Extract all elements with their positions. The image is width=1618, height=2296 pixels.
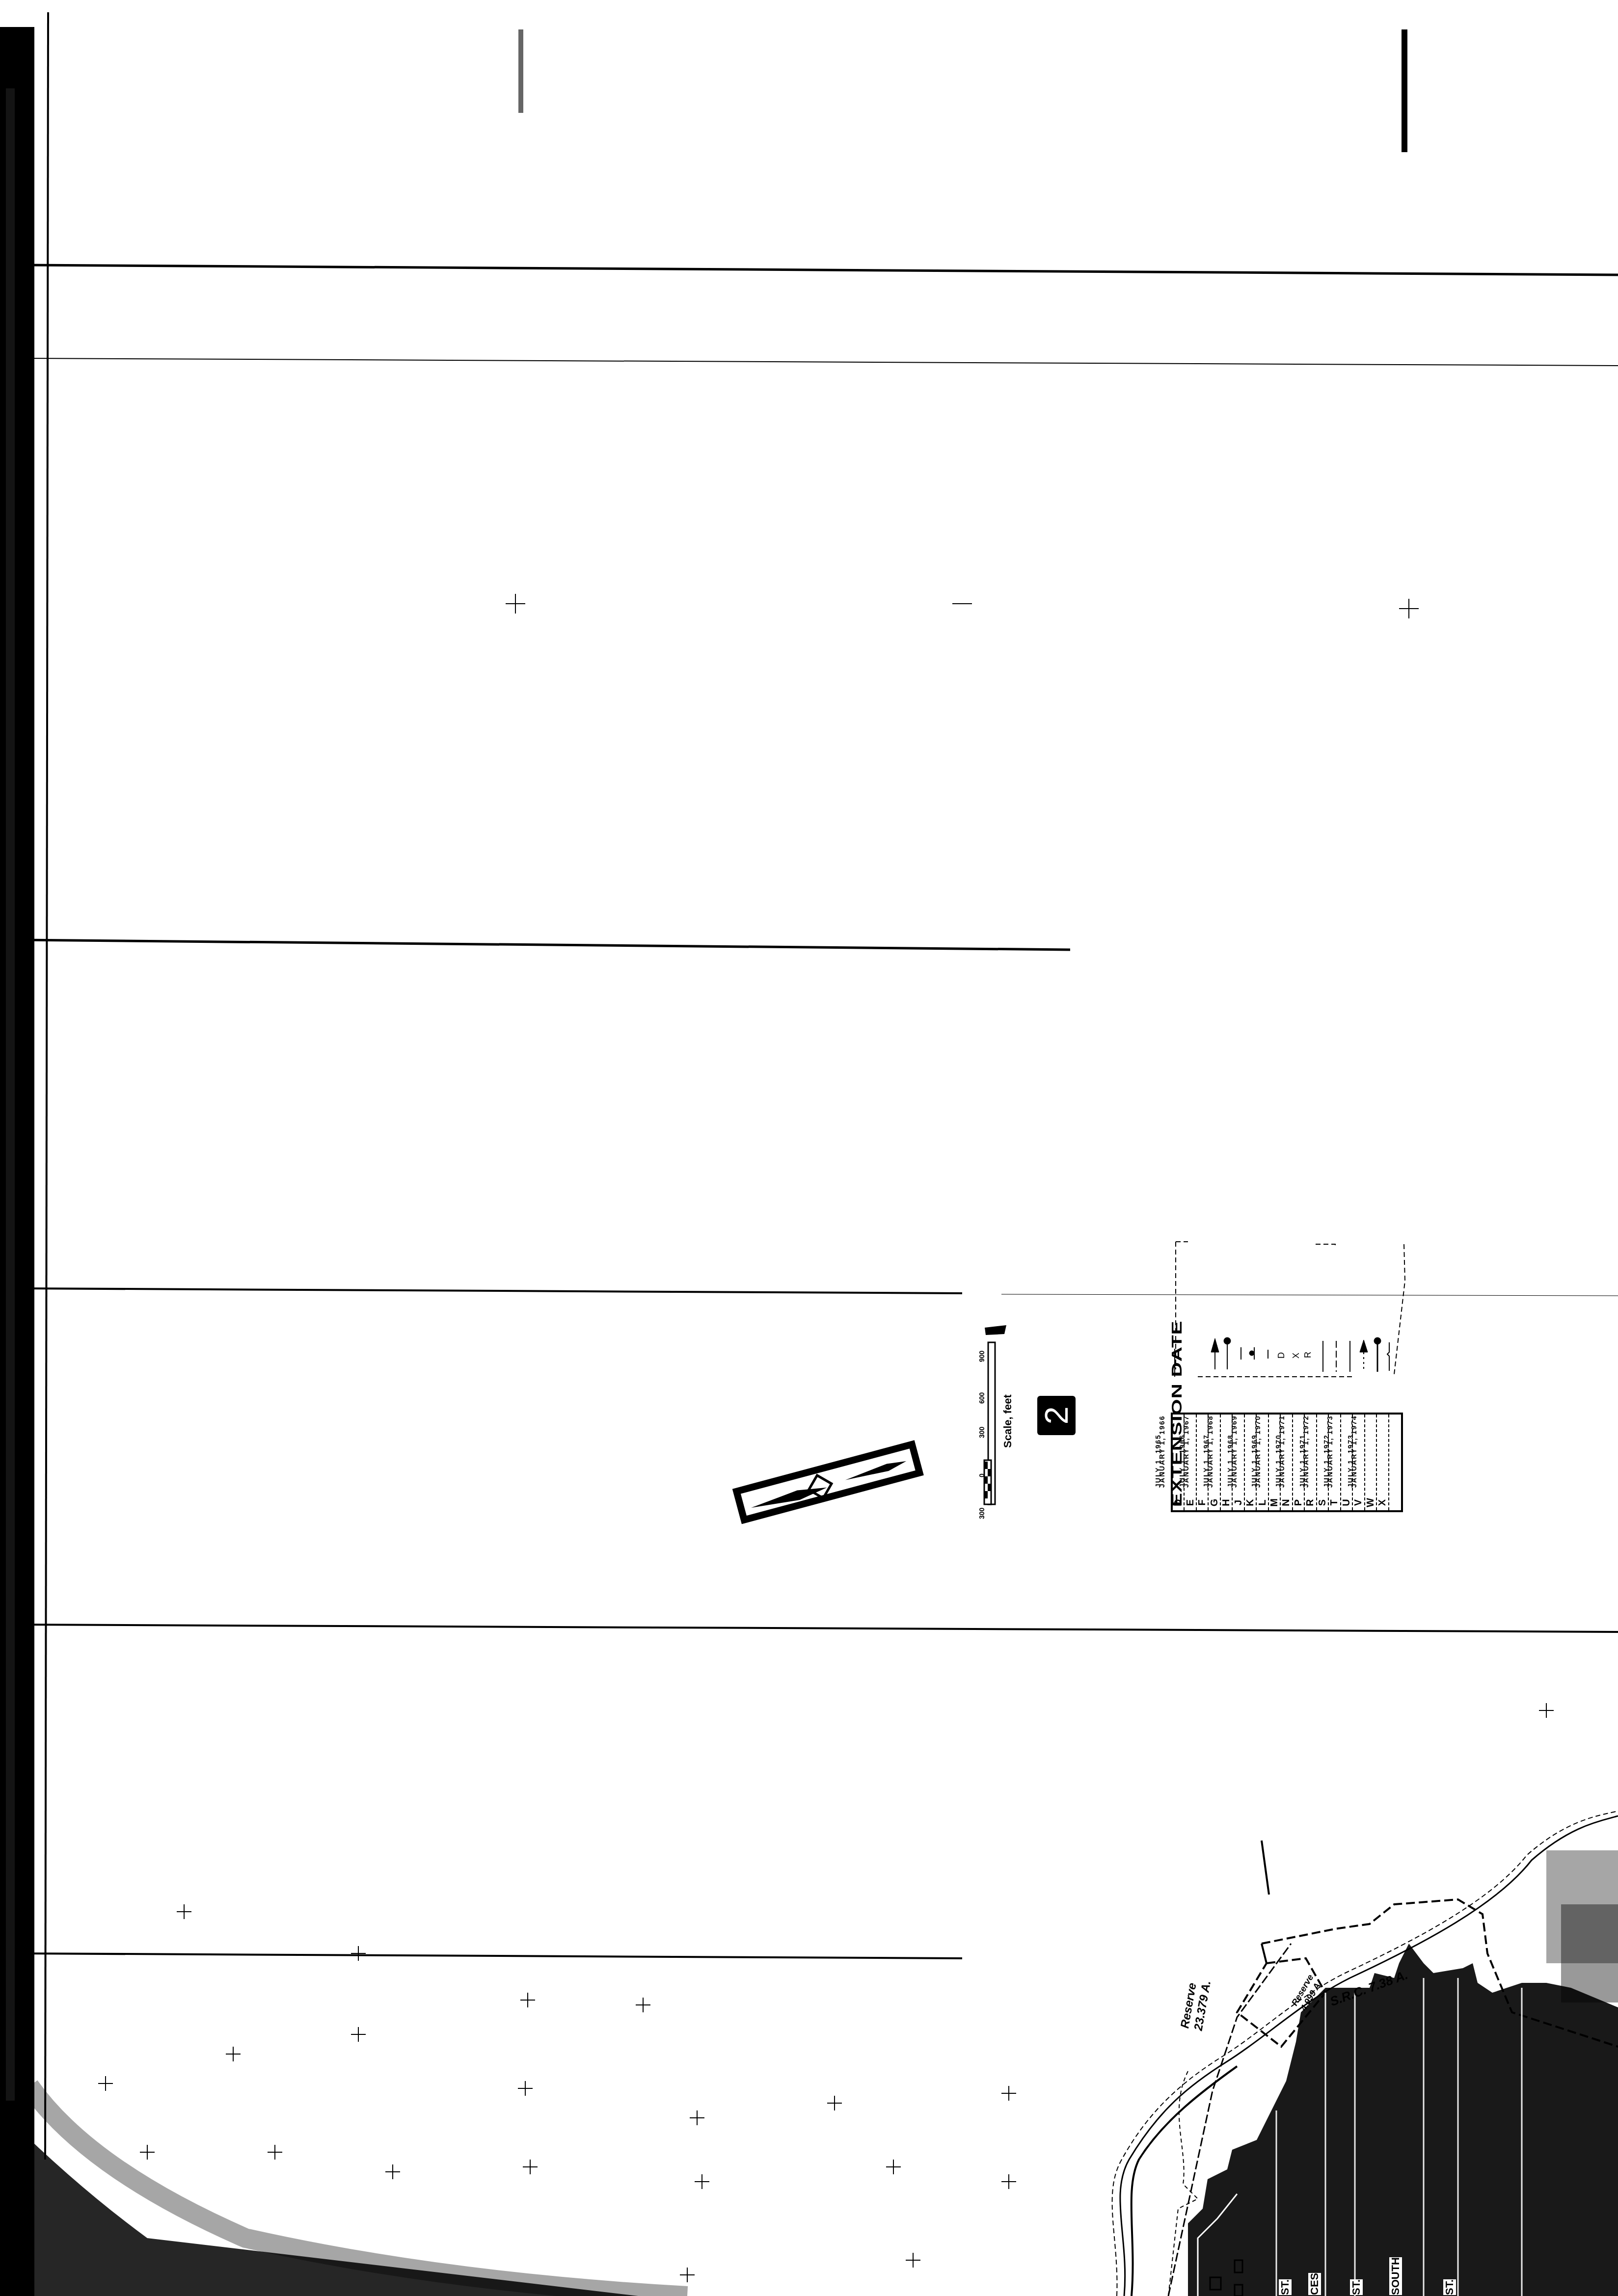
extension-letter: S (1317, 1499, 1328, 1506)
scale-label: Scale, feet (1001, 1394, 1014, 1448)
map-canvas: D X R (0, 0, 1618, 2296)
north-arrow (736, 1444, 919, 1520)
legend-symbols: D X R (1175, 1242, 1405, 1377)
extension-date: JANUARY 1, 1972 (1302, 1415, 1310, 1488)
extension-letter: U (1341, 1499, 1352, 1506)
extension-row: XJANUARY 1, 1974 (1377, 1415, 1389, 1510)
extension-letter: H (1221, 1499, 1232, 1506)
svg-text:R: R (1303, 1352, 1313, 1358)
extension-date: JANUARY 1, 1974 (1350, 1415, 1358, 1488)
extension-date-title: EXTENSION DATE (1168, 1320, 1185, 1507)
fold-lines (20, 265, 1618, 1958)
street-label: CES (1308, 2273, 1321, 2295)
scale-tick: 300 (978, 1508, 986, 1519)
extension-letter: P (1293, 1499, 1304, 1506)
scale-tick: 600 (978, 1392, 986, 1404)
scale-tick: 300 (978, 1427, 986, 1438)
extension-letter: K (1245, 1499, 1256, 1506)
extension-letter: W (1365, 1498, 1376, 1507)
extension-letter: E (1185, 1499, 1196, 1506)
extension-letter: V (1353, 1499, 1364, 1506)
extension-letter: L (1257, 1499, 1268, 1505)
street-label: ST. (1279, 2279, 1292, 2295)
extension-date: JANUARY 1, 1966 (1158, 1415, 1165, 1488)
extension-letter: G (1209, 1499, 1220, 1507)
sheet-number: 2 (1037, 1407, 1076, 1425)
svg-text:D: D (1276, 1352, 1286, 1359)
extension-letter: F (1197, 1499, 1208, 1505)
city-blocks (1188, 1850, 1618, 2296)
street-label: SOUTH (1389, 2257, 1402, 2295)
extension-date: JANUARY 1, 1973 (1326, 1415, 1334, 1488)
extension-letter: T (1329, 1499, 1340, 1505)
extension-row: WJULY 1, 1973 (1365, 1415, 1377, 1510)
extension-date: JANUARY 1, 1970 (1254, 1415, 1262, 1488)
extension-letter: J (1233, 1500, 1244, 1505)
extension-date: JANUARY 1, 1969 (1230, 1415, 1238, 1488)
sheet-number-badge: 2 (1037, 1396, 1076, 1435)
scale-tick: 0 (978, 1473, 986, 1477)
extension-letter: R (1305, 1499, 1316, 1506)
extension-date-table: DJULY 1, 1965EJANUARY 1, 1966FJULY 1, 19… (1171, 1413, 1403, 1512)
street-label: ST. (1350, 2279, 1363, 2295)
street-label: ST. (1443, 2279, 1456, 2295)
extension-letter: M (1269, 1498, 1280, 1507)
extension-letter: X (1377, 1499, 1388, 1506)
top-marks (518, 29, 1407, 152)
extension-date: JANUARY 1, 1971 (1278, 1415, 1286, 1488)
extension-date: JANUARY 1, 1968 (1206, 1415, 1213, 1488)
extension-letter: N (1281, 1499, 1292, 1506)
scale-tick: 900 (978, 1351, 986, 1362)
svg-text:X: X (1291, 1353, 1301, 1359)
